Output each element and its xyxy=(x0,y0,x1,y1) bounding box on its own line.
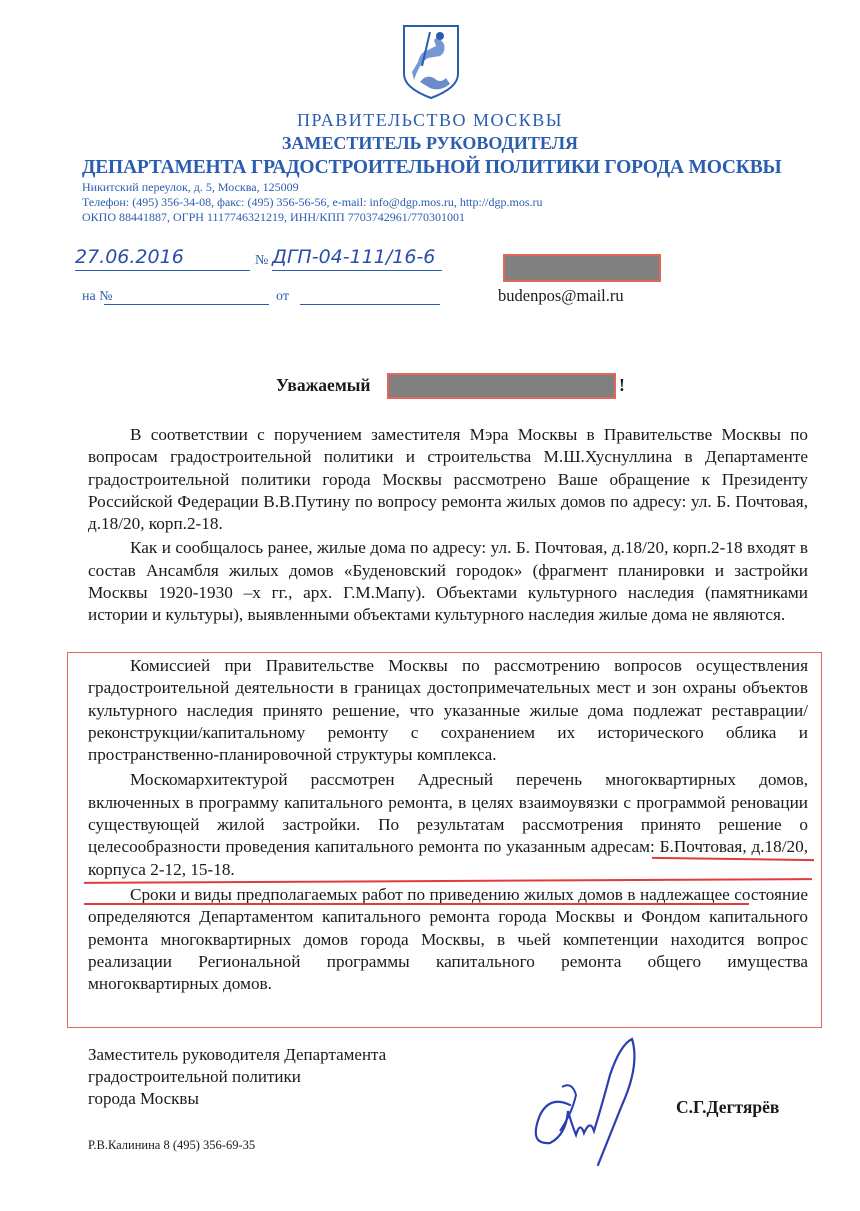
executor-contact: Р.В.Калинина 8 (495) 356-69-35 xyxy=(88,1138,255,1153)
org-contacts: Телефон: (495) 356-34-08, факс: (495) 35… xyxy=(82,195,543,209)
salutation-name-redacted xyxy=(387,373,616,399)
from-label: от xyxy=(276,289,289,305)
signer-title-line1: Заместитель руководителя Департамента xyxy=(88,1044,386,1066)
number-field: ДГП-04-111/16-6 xyxy=(272,246,442,271)
annotation-underline-3 xyxy=(84,903,749,905)
letter-date: 27.06.2016 xyxy=(75,246,184,268)
from-field xyxy=(300,287,440,305)
paragraph-4: Москомархитектурой рассмотрен Адресный п… xyxy=(88,769,808,880)
paragraph-1: В соответствии с поручением заместителя … xyxy=(88,424,808,535)
date-field: 27.06.2016 xyxy=(75,246,250,271)
recipient-email: budenpos@mail.ru xyxy=(498,286,624,306)
org-position: ЗАМЕСТИТЕЛЬ РУКОВОДИТЕЛЯ xyxy=(0,133,860,154)
moscow-coat-of-arms-icon xyxy=(400,22,462,100)
org-registry: ОКПО 88441887, ОГРН 1117746321219, ИНН/К… xyxy=(82,210,465,224)
paragraph-3: Комиссией при Правительстве Москвы по ра… xyxy=(88,655,808,766)
org-address: Никитский переулок, д. 5, Москва, 125009 xyxy=(82,180,299,194)
recipient-name-redacted xyxy=(503,254,661,282)
org-name: ПРАВИТЕЛЬСТВО МОСКВЫ xyxy=(0,110,860,131)
letter-number: ДГП-04-111/16-6 xyxy=(272,246,435,268)
number-label: № xyxy=(255,253,268,269)
signer-title-line2: градостроительной политики xyxy=(88,1066,386,1088)
paragraph-5: Сроки и виды предполагаемых работ по при… xyxy=(88,884,808,995)
highlighted-body: Комиссией при Правительстве Москвы по ра… xyxy=(88,655,808,995)
reply-to-field xyxy=(104,287,269,305)
signer-name: С.Г.Дегтярёв xyxy=(676,1097,779,1118)
org-department: ДЕПАРТАМЕНТА ГРАДОСТРОИТЕЛЬНОЙ ПОЛИТИКИ … xyxy=(82,157,781,179)
salutation-prefix: Уважаемый xyxy=(276,375,370,396)
letter-body: В соответствии с поручением заместителя … xyxy=(88,424,808,627)
salutation-suffix: ! xyxy=(619,375,625,396)
signer-title-line3: города Москвы xyxy=(88,1088,386,1110)
paragraph-2: Как и сообщалось ранее, жилые дома по ад… xyxy=(88,537,808,626)
handwritten-signature-icon xyxy=(510,1035,650,1175)
signer-title: Заместитель руководителя Департамента гр… xyxy=(88,1044,386,1110)
